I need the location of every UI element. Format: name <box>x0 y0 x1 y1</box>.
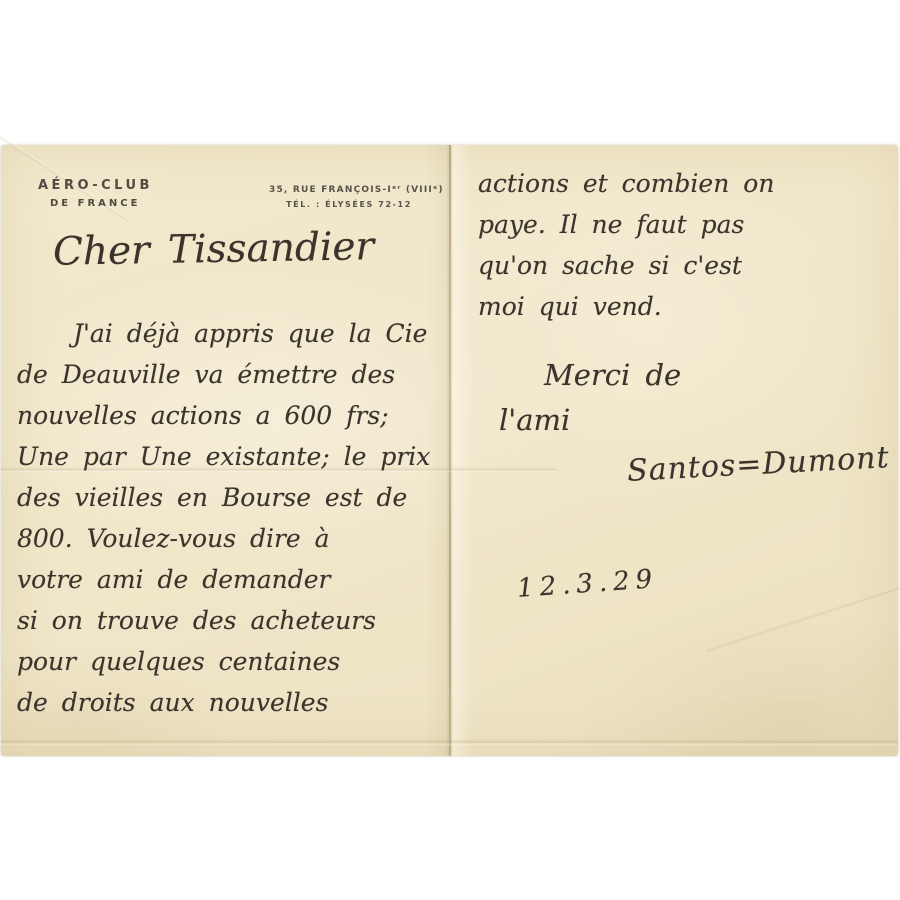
letterhead-org-line1: AÉRO-CLUB <box>38 178 153 193</box>
handwritten-line: des vieilles en Bourse est de <box>17 477 430 518</box>
letterhead-org-line2: DE FRANCE <box>50 198 153 209</box>
handwritten-line: 800. Voulez-vous dire à <box>17 518 430 559</box>
handwritten-line: Une par Une existante; le prix <box>17 436 430 477</box>
letterhead-phone-line: TÉL. : ÉLYSÉES 72-12 <box>269 200 429 209</box>
signature-santos-dumont: Santos=Dumont <box>626 440 890 489</box>
handwritten-line: nouvelles actions a 600 frs; <box>17 395 430 436</box>
handwritten-line: J'ai déjà appris que la Cie <box>17 313 430 354</box>
handwritten-line: votre ami de demander <box>17 559 430 600</box>
center-fold-line <box>449 145 451 756</box>
handwritten-line: paye. Il ne faut pas <box>478 204 774 245</box>
handwritten-line: de Deauville va émettre des <box>17 354 430 395</box>
handwritten-line: qu'on sache si c'est <box>478 245 774 286</box>
letterhead-address-line: 35, RUE FRANÇOIS-Iᵉʳ (VIIIᵉ) <box>269 185 429 195</box>
wrinkle-right-page <box>706 581 900 653</box>
letterhead-organization: AÉRO-CLUB DE FRANCE <box>38 178 153 209</box>
date-handwritten: 12.3.29 <box>516 564 659 604</box>
salutation: Cher Tissandier <box>53 224 375 275</box>
closing-line-2: l'ami <box>499 403 570 437</box>
handwritten-line: de droits aux nouvelles <box>17 682 430 723</box>
handwritten-line: actions et combien on <box>478 163 774 204</box>
letter-sheet: AÉRO-CLUB DE FRANCE 35, RUE FRANÇOIS-Iᵉʳ… <box>1 145 898 756</box>
handwritten-line: moi qui vend. <box>478 286 774 327</box>
handwritten-line: pour quelques centaines <box>17 641 430 682</box>
page2-body: actions et combien on paye. Il ne faut p… <box>478 163 774 327</box>
closing-line-1: Merci de <box>544 358 681 392</box>
page1-body: J'ai déjà appris que la Cie de Deauville… <box>17 313 430 723</box>
handwritten-line: si on trouve des acheteurs <box>17 600 430 641</box>
letterhead-address-block: 35, RUE FRANÇOIS-Iᵉʳ (VIIIᵉ) TÉL. : ÉLYS… <box>269 185 429 209</box>
letter-photograph: AÉRO-CLUB DE FRANCE 35, RUE FRANÇOIS-Iᵉʳ… <box>0 0 900 900</box>
horizontal-crease-lower <box>1 739 898 746</box>
